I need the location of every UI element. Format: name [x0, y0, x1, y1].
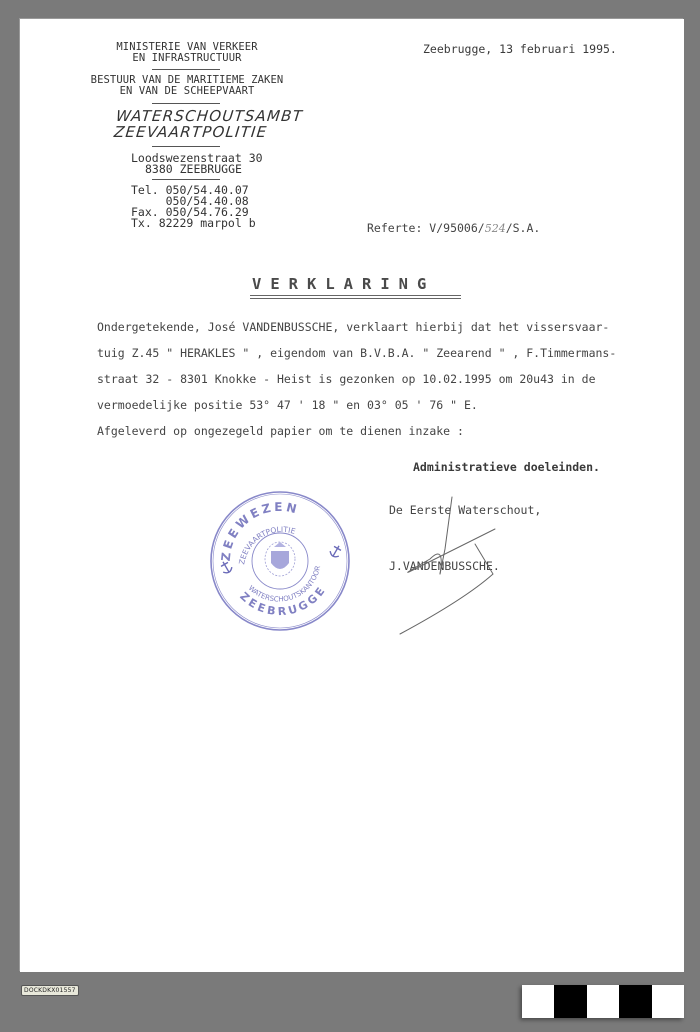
ministry-heading: MINISTERIE VAN VERKEER EN INFRASTRUCTUUR [92, 42, 282, 64]
archive-label: DOCKDKX01557 [21, 985, 79, 996]
calibration-swatch [554, 985, 586, 1018]
reference-handwritten-number: 524 [485, 222, 506, 235]
title-underline [250, 298, 461, 299]
letterhead-divider [152, 146, 220, 147]
ministry-line-2: EN INFRASTRUCTUUR [92, 53, 282, 64]
date-line: Zeebrugge, 13 februari 1995. [423, 42, 617, 56]
calibration-swatch [652, 985, 684, 1018]
bestuur-line-2: EN VAN DE SCHEEPVAART [82, 86, 292, 97]
calibration-swatch [522, 985, 554, 1018]
body-line-1: Ondergetekende, José VANDENBUSSCHE, verk… [97, 320, 609, 334]
letterhead-divider [152, 179, 220, 180]
anchor-icon [329, 543, 344, 558]
letterhead-divider [152, 69, 220, 70]
reference-suffix: /S.A. [506, 221, 541, 235]
calibration-strip [522, 985, 684, 1018]
document-page: MINISTERIE VAN VERKEER EN INFRASTRUCTUUR… [20, 19, 684, 972]
body-line-2: tuig Z.45 " HERAKLES " , eigendom van B.… [97, 346, 616, 360]
reference-prefix: Referte: V/95006/ [367, 221, 485, 235]
coat-of-arms-icon [265, 542, 295, 576]
title-underline [250, 295, 461, 296]
body-line-4: vermoedelijke positie 53° 47 ' 18 " en 0… [97, 398, 478, 412]
document-title: VERKLARING [252, 275, 435, 293]
address-city: 8380 ZEEBRUGGE [145, 164, 242, 175]
letterhead-divider [152, 103, 220, 104]
reference-line: Referte: V/95006/524/S.A. [367, 221, 540, 235]
telex-number: Tx. 82229 marpol b [131, 218, 256, 229]
body-line-5: Afgeleverd op ongezegeld papier om te di… [97, 424, 464, 438]
official-stamp: ZEEWEZEN ZEEVAARTPOLITIE WATERSCHOUTSKAN… [208, 489, 353, 634]
calibration-swatch [619, 985, 651, 1018]
calibration-swatch [587, 985, 619, 1018]
bestuur-heading: BESTUUR VAN DE MARITIEME ZAKEN EN VAN DE… [82, 75, 292, 97]
body-line-3: straat 32 - 8301 Knokke - Heist is gezon… [97, 372, 596, 386]
service-name-1: WATERSCHOUTSAMBT [115, 109, 303, 124]
handwritten-signature [375, 489, 515, 639]
purpose-text: Administratieve doeleinden. [413, 460, 600, 474]
service-name-2: ZEEVAARTPOLITIE [113, 125, 268, 140]
